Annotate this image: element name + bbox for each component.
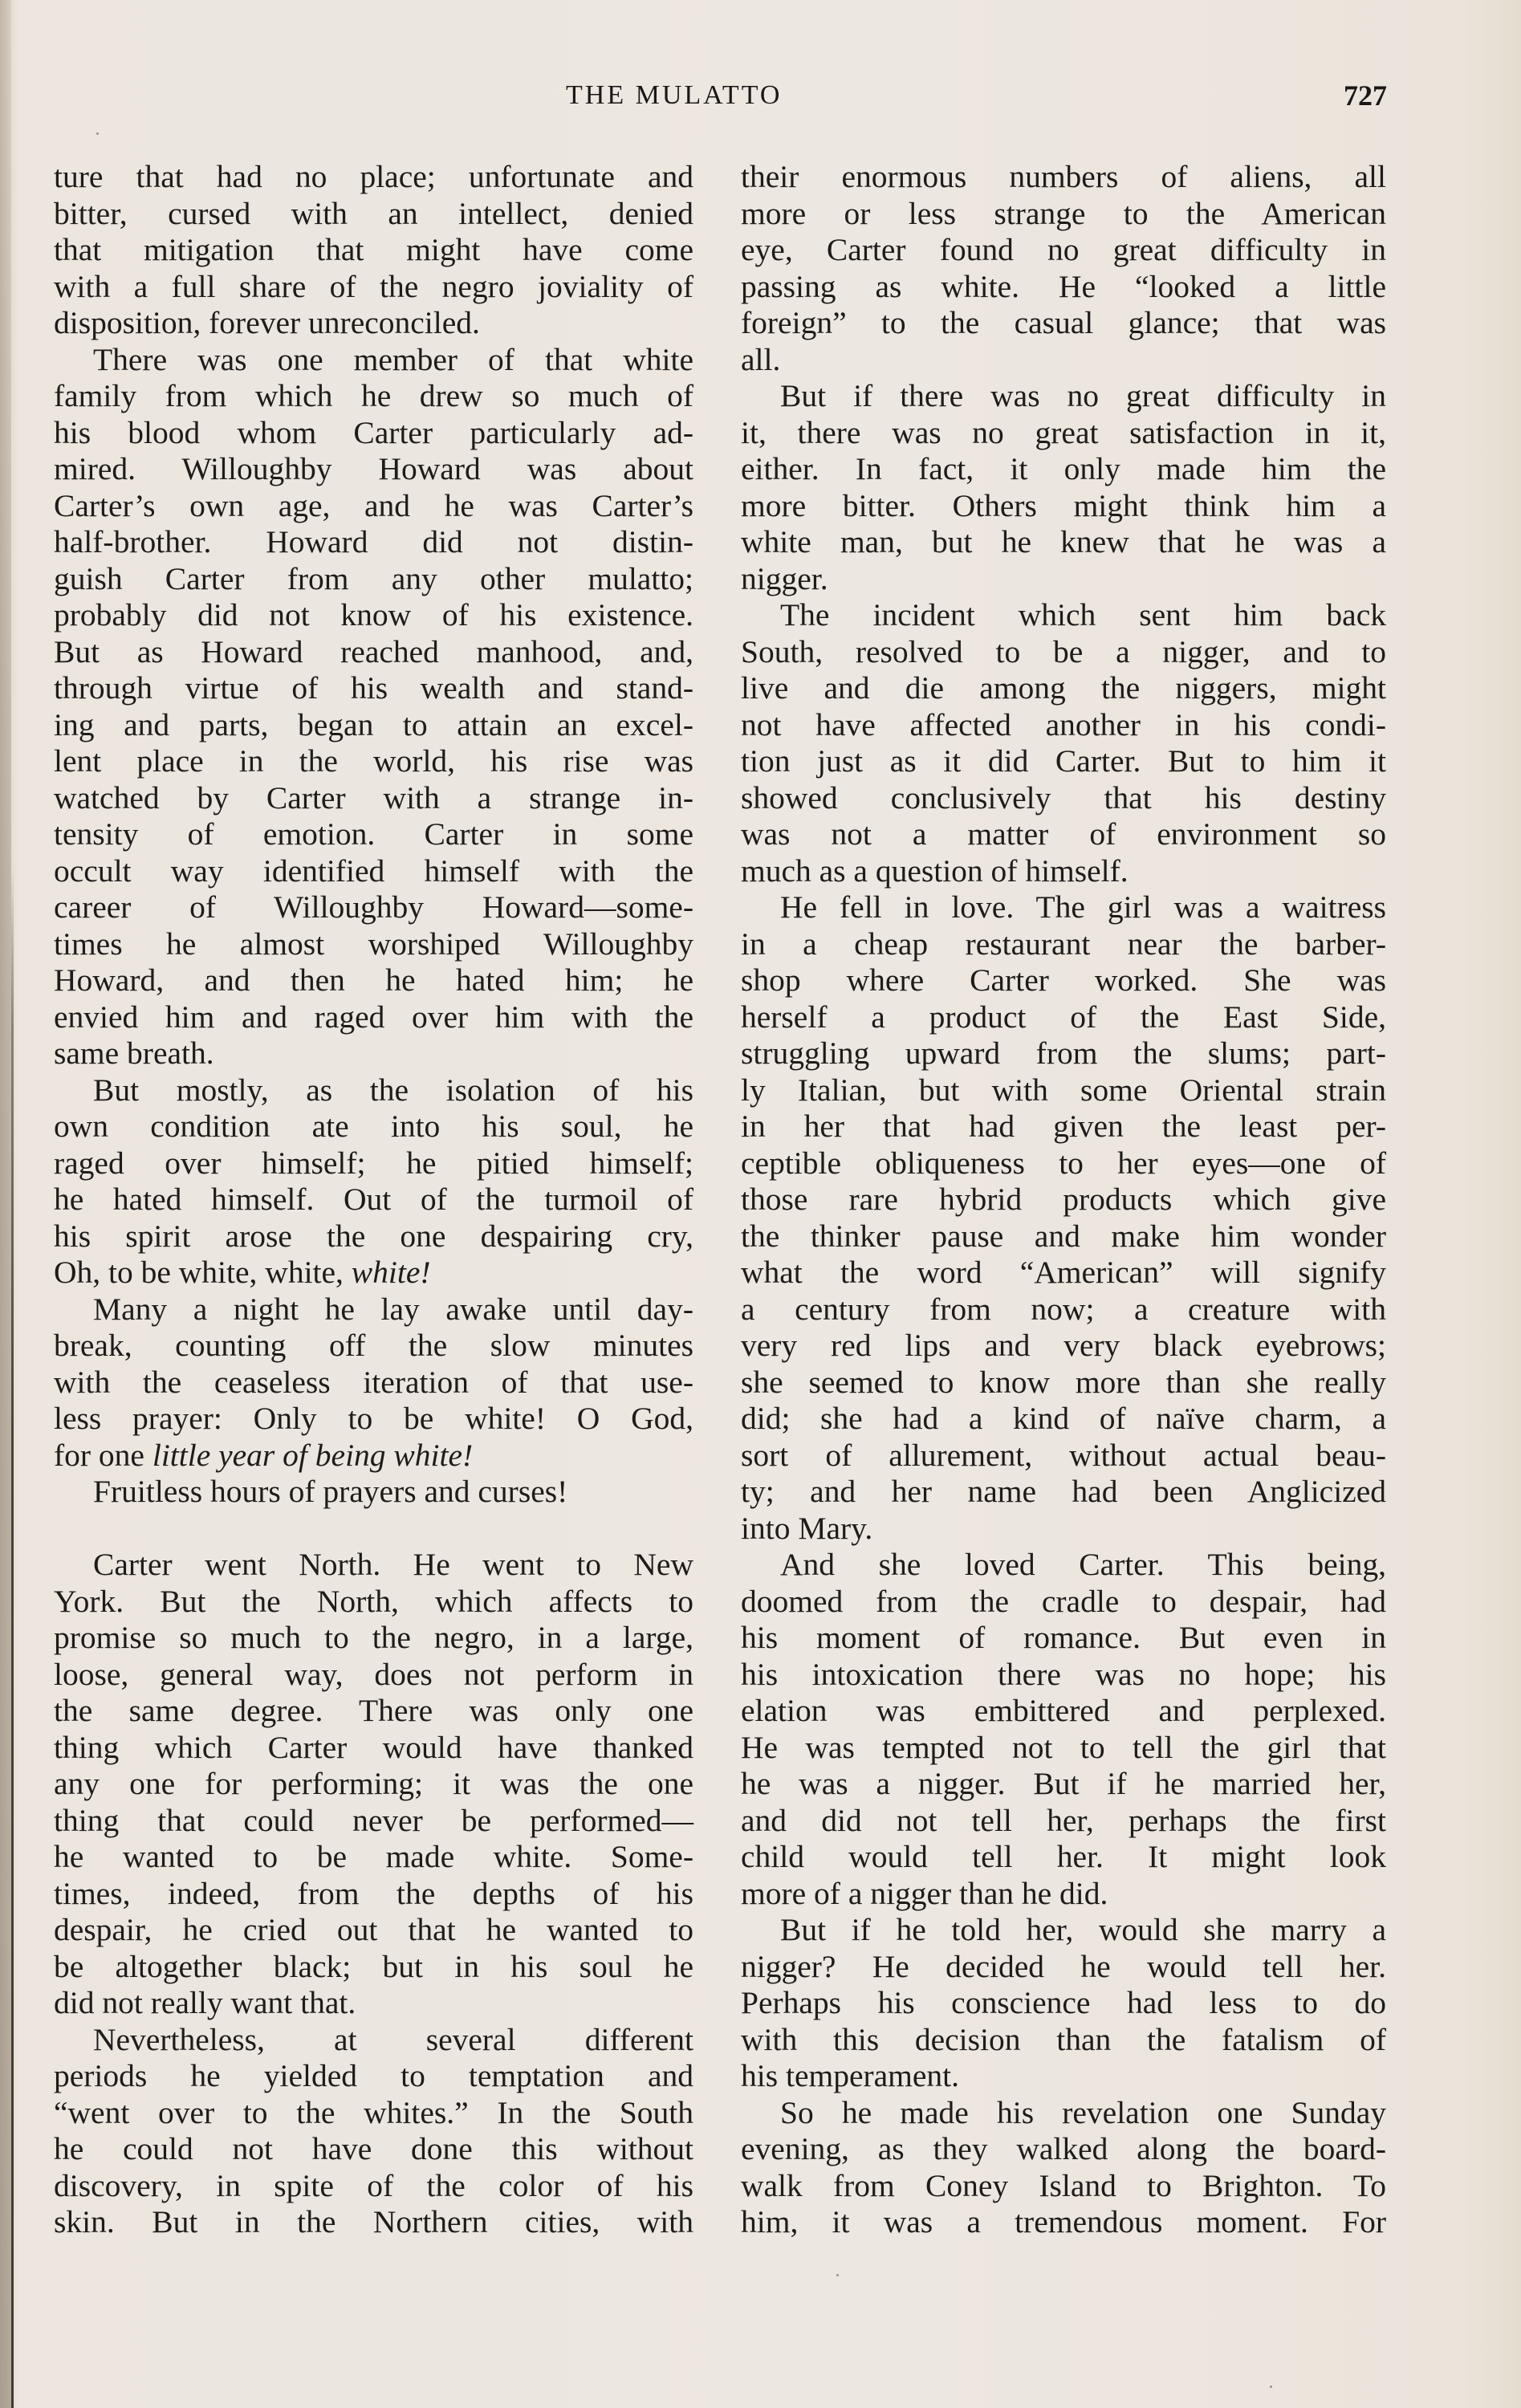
text-line: despair, he cried out that he wanted to [54, 1912, 693, 1949]
text-line: South, resolved to be a nigger, and to [741, 634, 1386, 671]
text-run: But mostly, as the isolation of his [93, 1072, 693, 1108]
text-line: nigger? He decided he would tell her. [741, 1949, 1386, 1986]
text-run: So he made his revelation one Sunday [780, 2095, 1386, 2130]
text-line: those rare hybrid products which give [741, 1182, 1386, 1218]
text-line: sort of allurement, without actual beau- [741, 1438, 1386, 1474]
speck [1270, 2386, 1272, 2388]
text-run: any one for performing; it was the one [54, 1766, 693, 1801]
text-run: Carter’s own age, and he was Carter’s [54, 488, 693, 523]
text-run: Nevertheless, at several different [93, 2022, 693, 2057]
text-run: family from which he drew so much of [54, 378, 693, 413]
text-line: their enormous numbers of aliens, all [741, 159, 1386, 196]
text-line: his blood whom Carter particularly ad- [54, 415, 693, 452]
text-line: disposition, forever unreconciled. [54, 305, 693, 342]
text-run: times, indeed, from the depths of his [54, 1876, 693, 1911]
text-line: So he made his revelation one Sunday [741, 2095, 1386, 2132]
text-run: But if there was no great difficulty in [780, 378, 1386, 413]
text-line: in her that had given the least per- [741, 1108, 1386, 1145]
text-line: the thinker pause and make him wonder [741, 1218, 1386, 1255]
text-run: through virtue of his wealth and stand- [54, 670, 693, 706]
text-run: loose, general way, does not perform in [54, 1657, 693, 1692]
text-run: thing that could never be performed— [54, 1803, 693, 1838]
text-run: live and die among the niggers, might [741, 670, 1386, 706]
text-line: more or less strange to the American [741, 196, 1386, 233]
text-line: elation was embittered and perplexed. [741, 1693, 1386, 1730]
text-line: he was a nigger. But if he married her, [741, 1766, 1386, 1803]
text-run: he wanted to be made white. Some- [54, 1839, 693, 1874]
text-column-right: their enormous numbers of aliens, allmor… [741, 159, 1386, 2241]
text-line: for one little year of being white! [54, 1438, 693, 1474]
text-run: the same degree. There was only one [54, 1693, 693, 1728]
text-run: The incident which sent him back [780, 597, 1386, 633]
text-run: occult way identified himself with the [54, 853, 693, 889]
text-run: he was a nigger. But if he married her, [741, 1766, 1386, 1801]
text-line: Many a night he lay awake until day- [54, 1291, 693, 1328]
text-line: bitter, cursed with an intellect, denied [54, 196, 693, 233]
text-run: same breath. [54, 1035, 214, 1071]
text-line: a century from now; a creature with [741, 1291, 1386, 1328]
text-line: in a cheap restaurant near the barber- [741, 926, 1386, 963]
text-run: he hated himself. Out of the turmoil of [54, 1182, 693, 1217]
text-run: him, it was a tremendous moment. For [741, 2204, 1386, 2239]
text-run: South, resolved to be a nigger, and to [741, 634, 1386, 669]
text-run: periods he yielded to temptation and [54, 2058, 693, 2093]
text-run: tion just as it did Carter. But to him i… [741, 743, 1386, 779]
text-line: his spirit arose the one despairing cry, [54, 1218, 693, 1255]
text-line: break, counting off the slow minutes [54, 1328, 693, 1365]
text-run: Carter went North. He went to New [93, 1547, 693, 1582]
text-run: raged over himself; he pitied himself; [54, 1145, 693, 1181]
text-run: He was tempted not to tell the girl that [741, 1730, 1386, 1765]
text-line: it, there was no great satisfaction in i… [741, 415, 1386, 452]
text-line: Carter’s own age, and he was Carter’s [54, 488, 693, 525]
text-run: nigger? He decided he would tell her. [741, 1949, 1386, 1984]
text-line: mired. Willoughby Howard was about [54, 451, 693, 488]
text-run: she seemed to know more than she really [741, 1365, 1386, 1400]
italic-text: little year of being white! [153, 1438, 473, 1473]
text-line: He fell in love. The girl was a waitress [741, 889, 1386, 926]
text-run: doomed from the cradle to despair, had [741, 1584, 1386, 1619]
text-run: envied him and raged over him with the [54, 999, 693, 1035]
scanned-page: THE MULATTO 727 ture that had no place; … [0, 0, 1521, 2408]
text-run: There was one member of that white [93, 342, 693, 377]
text-run: more or less strange to the American [741, 196, 1386, 231]
text-line: But as Howard reached manhood, and, [54, 634, 693, 671]
text-run: struggling upward from the slums; part- [741, 1035, 1386, 1071]
text-run: shop where Carter worked. She was [741, 962, 1386, 998]
text-run: Howard, and then he hated him; he [54, 962, 693, 998]
text-line: child would tell her. It might look [741, 1839, 1386, 1876]
text-line: she seemed to know more than she really [741, 1365, 1386, 1401]
text-run: that mitigation that might have come [54, 232, 693, 267]
text-line: thing which Carter would have thanked [54, 1730, 693, 1767]
text-line: guish Carter from any other mulatto; [54, 561, 693, 598]
text-line: more bitter. Others might think him a [741, 488, 1386, 525]
text-line: his moment of romance. But even in [741, 1620, 1386, 1657]
text-line: thing that could never be performed— [54, 1803, 693, 1840]
text-run: did not really want that. [54, 1985, 356, 2020]
page-number: 727 [1334, 77, 1387, 114]
italic-text: white! [352, 1255, 431, 1290]
text-line: with this decision than the fatalism of [741, 2022, 1386, 2059]
text-run: lent place in the world, his rise was [54, 743, 693, 779]
text-line: same breath. [54, 1035, 693, 1072]
text-line: showed conclusively that his destiny [741, 780, 1386, 817]
text-line: skin. But in the Northern cities, with [54, 2204, 693, 2241]
speck [96, 132, 99, 135]
text-run: Fruitless hours of prayers and curses! [93, 1474, 567, 1509]
text-line: envied him and raged over him with the [54, 999, 693, 1036]
text-line: did not really want that. [54, 1985, 693, 2022]
text-line: with the ceaseless iteration of that use… [54, 1365, 693, 1401]
text-run: walk from Coney Island to Brighton. To [741, 2168, 1386, 2203]
text-line: occult way identified himself with the [54, 853, 693, 890]
text-run: into Mary. [741, 1511, 872, 1546]
text-line: ture that had no place; unfortunate and [54, 159, 693, 196]
text-line: very red lips and very black eyebrows; [741, 1328, 1386, 1365]
text-run: Perhaps his conscience had less to do [741, 1985, 1386, 2020]
text-line: either. In fact, it only made him the [741, 451, 1386, 488]
text-run: evening, as they walked along the board- [741, 2131, 1386, 2166]
running-title: THE MULATTO [566, 77, 868, 114]
text-run: York. But the North, which affects to [54, 1584, 693, 1619]
text-run: half-brother. Howard did not distin- [54, 524, 693, 559]
text-run: nigger. [741, 561, 828, 596]
text-run: eye, Carter found no great difficulty in [741, 232, 1386, 267]
text-run: ceptible obliqueness to her eyes—one of [741, 1145, 1386, 1181]
text-line: shop where Carter worked. She was [741, 962, 1386, 999]
text-line: the same degree. There was only one [54, 1693, 693, 1730]
text-run: white man, but he knew that he was a [741, 524, 1386, 559]
text-line: But if he told her, would she marry a [741, 1912, 1386, 1949]
text-line: doomed from the cradle to despair, had [741, 1584, 1386, 1621]
text-line: ly Italian, but with some Oriental strai… [741, 1072, 1386, 1109]
text-line: lent place in the world, his rise was [54, 743, 693, 780]
binding-edge-line [11, 867, 14, 2408]
text-line: own condition ate into his soul, he [54, 1108, 693, 1145]
text-run: disposition, forever unreconciled. [54, 305, 480, 340]
text-line: times he almost worshiped Willoughby [54, 926, 693, 963]
text-run: all. [741, 342, 780, 377]
text-run: But if he told her, would she marry a [780, 1912, 1386, 1947]
text-line: any one for performing; it was the one [54, 1766, 693, 1803]
text-line: through virtue of his wealth and stand- [54, 670, 693, 707]
text-run: ly Italian, but with some Oriental strai… [741, 1072, 1386, 1108]
text-line: tensity of emotion. Carter in some [54, 816, 693, 853]
text-run: with the ceaseless iteration of that use… [54, 1365, 693, 1400]
text-run: tensity of emotion. Carter in some [54, 816, 693, 852]
text-line: loose, general way, does not perform in [54, 1657, 693, 1694]
text-run: promise so much to the negro, in a large… [54, 1620, 693, 1655]
text-line: watched by Carter with a strange in- [54, 780, 693, 817]
text-line: eye, Carter found no great difficulty in [741, 232, 1386, 269]
text-run: either. In fact, it only made him the [741, 451, 1386, 486]
text-run: showed conclusively that his destiny [741, 780, 1386, 816]
text-line: “went over to the whites.” In the South [54, 2095, 693, 2132]
speck [836, 2274, 839, 2276]
text-run: despair, he cried out that he wanted to [54, 1912, 693, 1947]
text-run: be altogether black; but in his soul he [54, 1949, 693, 1984]
text-run: thing which Carter would have thanked [54, 1730, 693, 1765]
text-line: family from which he drew so much of [54, 378, 693, 415]
text-line: was not a matter of environment so [741, 816, 1386, 853]
text-run: child would tell her. It might look [741, 1839, 1386, 1874]
text-run: was not a matter of environment so [741, 816, 1386, 852]
text-run: guish Carter from any other mulatto; [54, 561, 693, 596]
text-run: watched by Carter with a strange in- [54, 780, 693, 816]
text-line: There was one member of that white [54, 342, 693, 379]
text-line: ceptible obliqueness to her eyes—one of [741, 1145, 1386, 1182]
text-run: He fell in love. The girl was a waitress [780, 889, 1386, 925]
text-run: skin. But in the Northern cities, with [54, 2204, 693, 2239]
text-run: career of Willoughby Howard—some- [54, 889, 693, 925]
text-line: white man, but he knew that he was a [741, 524, 1386, 561]
text-run: herself a product of the East Side, [741, 999, 1386, 1035]
text-run: he could not have done this without [54, 2131, 693, 2166]
text-run: But as Howard reached manhood, and, [54, 634, 693, 669]
text-run: ing and parts, began to attain an excel- [54, 707, 693, 742]
text-run: in a cheap restaurant near the barber- [741, 926, 1386, 962]
text-line: promise so much to the negro, in a large… [54, 1620, 693, 1657]
text-line: But mostly, as the isolation of his [54, 1072, 693, 1109]
text-line: periods he yielded to temptation and [54, 2058, 693, 2095]
text-run: his temperament. [741, 2058, 959, 2093]
text-line: walk from Coney Island to Brighton. To [741, 2168, 1386, 2205]
text-run: ture that had no place; unfortunate and [54, 159, 693, 194]
text-line: into Mary. [741, 1511, 1386, 1548]
text-run: “went over to the whites.” In the South [54, 2095, 693, 2130]
text-line: he hated himself. Out of the turmoil of [54, 1182, 693, 1218]
text-line: career of Willoughby Howard—some- [54, 889, 693, 926]
running-header: THE MULATTO 727 [0, 77, 1521, 114]
text-run: more bitter. Others might think him a [741, 488, 1386, 523]
text-line: The incident which sent him back [741, 597, 1386, 634]
text-run: those rare hybrid products which give [741, 1182, 1386, 1217]
text-line: struggling upward from the slums; part- [741, 1035, 1386, 1072]
text-run: his spirit arose the one despairing cry, [54, 1218, 693, 1254]
text-column-left: ture that had no place; unfortunate andb… [54, 159, 693, 2241]
text-run: with a full share of the negro joviality… [54, 269, 693, 304]
text-line: times, indeed, from the depths of his [54, 1876, 693, 1913]
text-run: less prayer: Only to be white! O God, [54, 1401, 693, 1436]
text-run: break, counting off the slow minutes [54, 1328, 693, 1363]
text-line: And she loved Carter. This being, [741, 1547, 1386, 1584]
text-run: Many a night he lay awake until day- [93, 1291, 693, 1327]
text-line: Fruitless hours of prayers and curses! [54, 1474, 693, 1511]
text-line: live and die among the niggers, might [741, 670, 1386, 707]
text-run: a century from now; a creature with [741, 1291, 1386, 1327]
blank-line [54, 1511, 693, 1548]
text-line: Carter went North. He went to New [54, 1547, 693, 1584]
text-line: his temperament. [741, 2058, 1386, 2095]
text-run: sort of allurement, without actual beau- [741, 1438, 1386, 1473]
text-run: with this decision than the fatalism of [741, 2022, 1386, 2057]
text-run: very red lips and very black eyebrows; [741, 1328, 1386, 1363]
text-run: their enormous numbers of aliens, all [741, 159, 1386, 194]
text-line: discovery, in spite of the color of his [54, 2168, 693, 2205]
text-run: discovery, in spite of the color of his [54, 2168, 693, 2203]
text-run: not have affected another in his condi- [741, 707, 1386, 742]
text-run: it, there was no great satisfaction in i… [741, 415, 1386, 450]
text-line: what the word “American” will signify [741, 1255, 1386, 1291]
text-line: not have affected another in his condi- [741, 707, 1386, 744]
text-line: Howard, and then he hated him; he [54, 962, 693, 999]
text-run: passing as white. He “looked a little [741, 269, 1386, 304]
text-run: did; she had a kind of naïve charm, a [741, 1401, 1386, 1436]
text-line: He was tempted not to tell the girl that [741, 1730, 1386, 1767]
text-run: his blood whom Carter particularly ad- [54, 415, 693, 450]
text-line: evening, as they walked along the board- [741, 2131, 1386, 2168]
text-line: raged over himself; he pitied himself; [54, 1145, 693, 1182]
text-line: him, it was a tremendous moment. For [741, 2204, 1386, 2241]
text-line: ing and parts, began to attain an excel- [54, 707, 693, 744]
text-run: what the word “American” will signify [741, 1255, 1386, 1290]
text-run: And she loved Carter. This being, [780, 1547, 1386, 1582]
text-run: foreign” to the casual glance; that was [741, 305, 1386, 340]
text-line: half-brother. Howard did not distin- [54, 524, 693, 561]
text-line: nigger. [741, 561, 1386, 598]
text-run: Oh, to be white, white, [54, 1255, 352, 1290]
text-line: much as a question of himself. [741, 853, 1386, 890]
text-run: times he almost worshiped Willoughby [54, 926, 693, 962]
text-run: the thinker pause and make him wonder [741, 1218, 1386, 1254]
text-run: elation was embittered and perplexed. [741, 1693, 1386, 1728]
text-line: with a full share of the negro joviality… [54, 269, 693, 306]
text-run: his moment of romance. But even in [741, 1620, 1386, 1655]
text-run: in her that had given the least per- [741, 1108, 1386, 1144]
text-line: more of a nigger than he did. [741, 1876, 1386, 1913]
text-line: all. [741, 342, 1386, 379]
text-run: for one [54, 1438, 153, 1473]
text-line: Perhaps his conscience had less to do [741, 1985, 1386, 2022]
text-line: passing as white. He “looked a little [741, 269, 1386, 306]
text-line: less prayer: Only to be white! O God, [54, 1401, 693, 1438]
text-line: probably did not know of his existence. [54, 597, 693, 634]
binding-shadow [0, 0, 11, 2408]
text-line: Oh, to be white, white, white! [54, 1255, 693, 1291]
text-line: and did not tell her, perhaps the first [741, 1803, 1386, 1840]
text-run: mired. Willoughby Howard was about [54, 451, 693, 486]
text-line: that mitigation that might have come [54, 232, 693, 269]
text-line: York. But the North, which affects to [54, 1584, 693, 1621]
text-run: bitter, cursed with an intellect, denied [54, 196, 693, 231]
text-run: his intoxication there was no hope; his [741, 1657, 1386, 1692]
text-line: ty; and her name had been Anglicized [741, 1474, 1386, 1511]
text-line: foreign” to the casual glance; that was [741, 305, 1386, 342]
text-line: he wanted to be made white. Some- [54, 1839, 693, 1876]
text-run: much as a question of himself. [741, 853, 1129, 889]
text-run: own condition ate into his soul, he [54, 1108, 693, 1144]
text-run: probably did not know of his existence. [54, 597, 693, 633]
text-line: he could not have done this without [54, 2131, 693, 2168]
text-line: his intoxication there was no hope; his [741, 1657, 1386, 1694]
text-run: more of a nigger than he did. [741, 1876, 1108, 1911]
text-line: tion just as it did Carter. But to him i… [741, 743, 1386, 780]
text-run: and did not tell her, perhaps the first [741, 1803, 1386, 1838]
text-line: be altogether black; but in his soul he [54, 1949, 693, 1986]
text-line: did; she had a kind of naïve charm, a [741, 1401, 1386, 1438]
text-line: herself a product of the East Side, [741, 999, 1386, 1036]
text-line: But if there was no great difficulty in [741, 378, 1386, 415]
text-run: ty; and her name had been Anglicized [741, 1474, 1386, 1509]
text-line: Nevertheless, at several different [54, 2022, 693, 2059]
